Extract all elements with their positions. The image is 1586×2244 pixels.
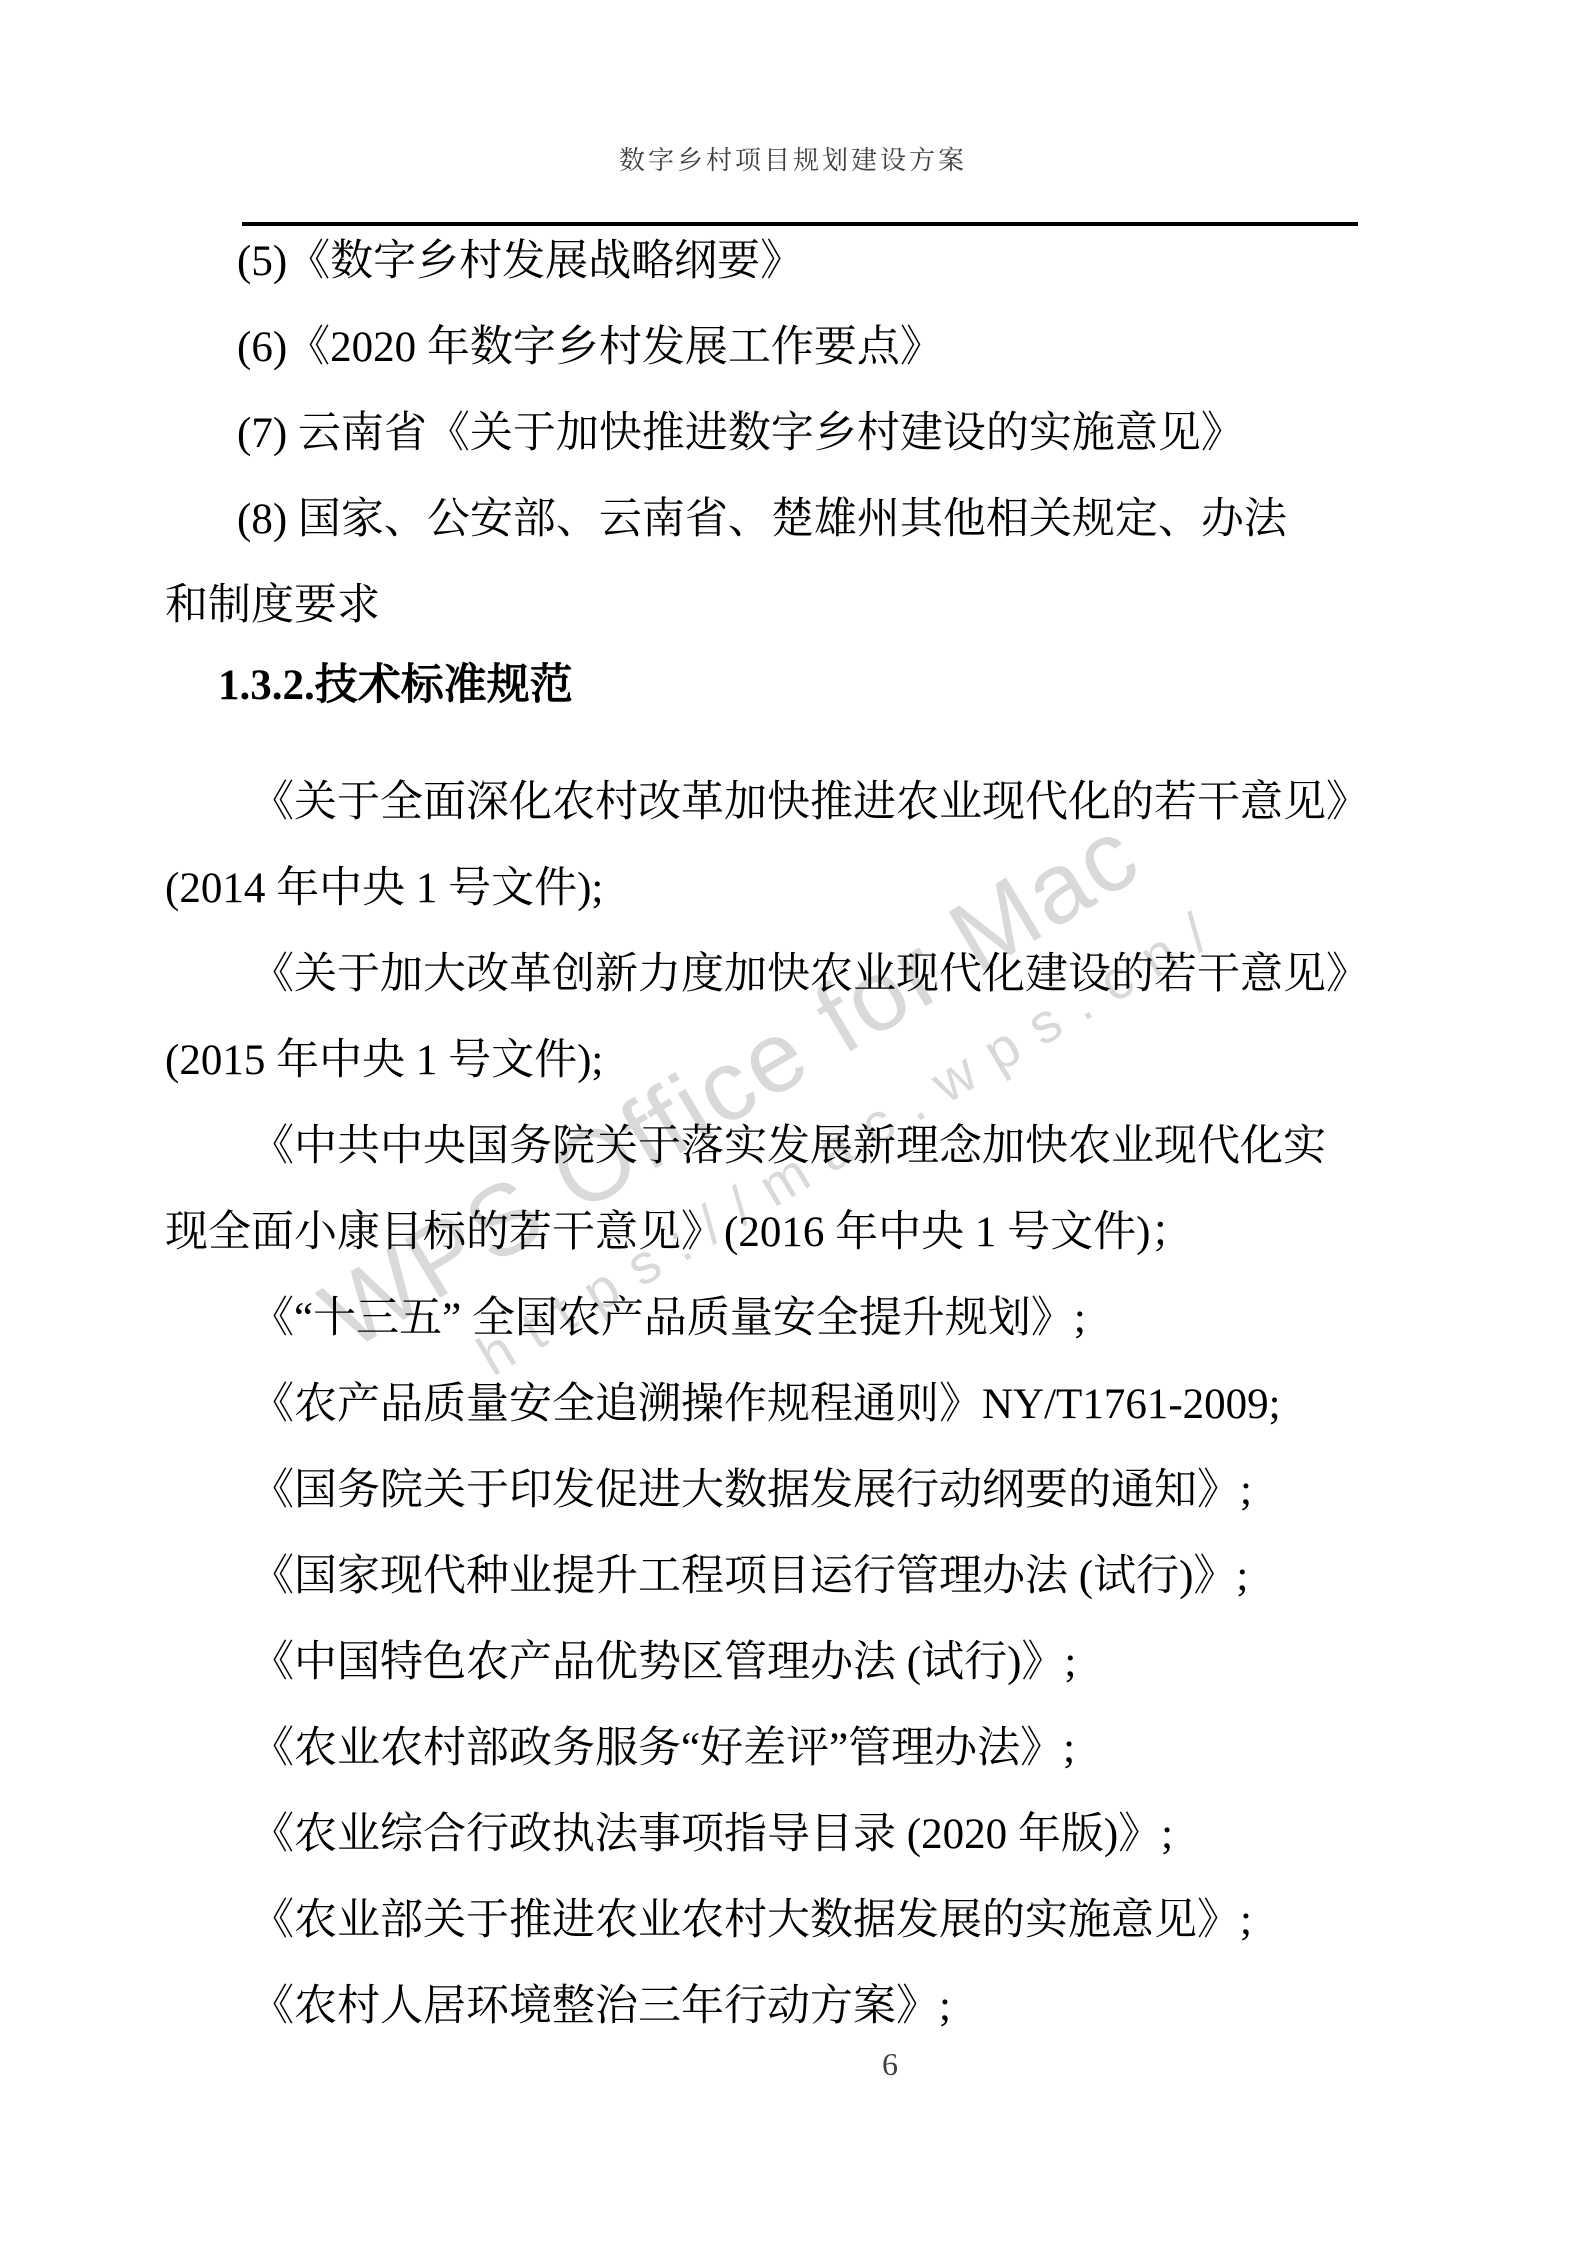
body-line: 《农业农村部政务服务“好差评”管理办法》; bbox=[165, 1706, 1486, 1792]
body-line: (5)《数字乡村发展战略纲要》 bbox=[165, 219, 1486, 305]
body-line: 《农业部关于推进农业农村大数据发展的实施意见》; bbox=[165, 1878, 1486, 1964]
body-line: (8) 国家、公安部、云南省、楚雄州其他相关规定、办法 bbox=[165, 477, 1486, 563]
body-line: (2014 年中央 1 号文件); bbox=[165, 846, 1486, 932]
body-line: (6)《2020 年数字乡村发展工作要点》 bbox=[165, 305, 1486, 391]
body-line: 《“十三五” 全国农产品质量安全提升规划》; bbox=[165, 1276, 1486, 1362]
document-body: (5)《数字乡村发展战略纲要》(6)《2020 年数字乡村发展工作要点》(7) … bbox=[165, 219, 1486, 2050]
body-line: 《农业综合行政执法事项指导目录 (2020 年版)》; bbox=[165, 1792, 1486, 1878]
body-line: 和制度要求 bbox=[165, 563, 1486, 649]
page-header-title: 数字乡村项目规划建设方案 bbox=[0, 140, 1586, 177]
body-line: 《关于加大改革创新力度加快农业现代化建设的若干意见》 bbox=[165, 932, 1486, 1018]
body-line: 《中共中央国务院关于落实发展新理念加快农业现代化实 bbox=[165, 1104, 1486, 1190]
document-page: 数字乡村项目规划建设方案 WPS Office for Mac https://… bbox=[0, 0, 1586, 2244]
body-line: 《农村人居环境整治三年行动方案》; bbox=[165, 1964, 1486, 2050]
body-line: (2015 年中央 1 号文件); bbox=[165, 1018, 1486, 1104]
body-line: (7) 云南省《关于加快推进数字乡村建设的实施意见》 bbox=[165, 391, 1486, 477]
body-line: 现全面小康目标的若干意见》(2016 年中央 1 号文件)； bbox=[165, 1190, 1486, 1276]
body-line: 《中国特色农产品优势区管理办法 (试行)》; bbox=[165, 1620, 1486, 1706]
body-line: 《国务院关于印发促进大数据发展行动纲要的通知》; bbox=[165, 1448, 1486, 1534]
section-heading: 1.3.2.技术标准规范 bbox=[165, 643, 1486, 729]
body-line: 《农产品质量安全追溯操作规程通则》NY/T1761-2009; bbox=[165, 1362, 1486, 1448]
body-line: 《关于全面深化农村改革加快推进农业现代化的若干意见》 bbox=[165, 760, 1486, 846]
page-number: 6 bbox=[855, 2046, 925, 2083]
body-line: 《国家现代种业提升工程项目运行管理办法 (试行)》; bbox=[165, 1534, 1486, 1620]
